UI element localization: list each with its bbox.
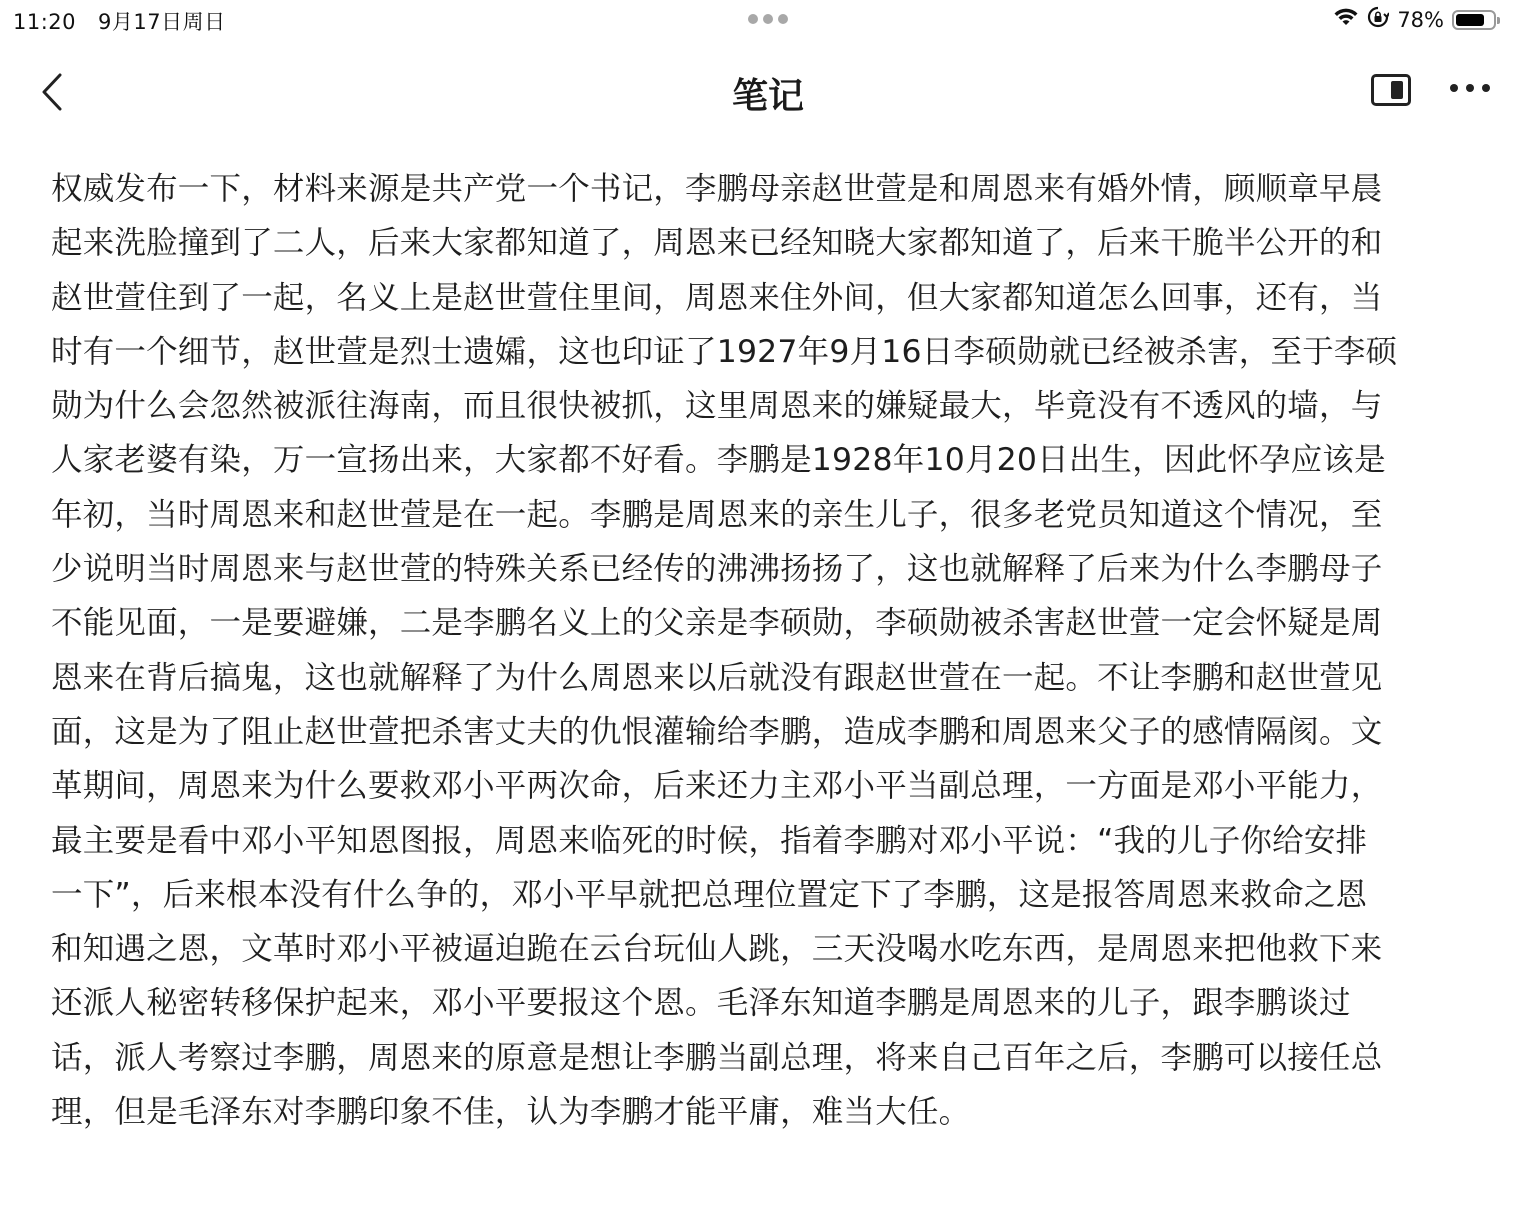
note-line: 不能见面，一是要避嫌，二是李鹏名义上的父亲是李硕勋，李硕勋被杀害赵世萱一定会怀疑… — [51, 596, 1491, 650]
dot-icon — [778, 14, 788, 24]
note-line: 最主要是看中邓小平知恩图报，周恩来临死的时候，指着李鹏对邓小平说：“我的儿子你给… — [51, 814, 1491, 868]
more-horizontal-icon — [1482, 84, 1490, 92]
battery-icon — [1452, 10, 1496, 30]
note-line: 理，但是毛泽东对李鹏印象不佳，认为李鹏才能平庸，难当大任。 — [51, 1085, 1491, 1139]
more-horizontal-icon — [1466, 84, 1474, 92]
battery-percent: 78% — [1397, 8, 1444, 32]
note-line: 面，这是为了阻止赵世萱把杀害丈夫的仇恨灌输给李鹏，造成李鹏和周恩来父子的感情隔阂… — [51, 705, 1491, 759]
note-line: 权威发布一下，材料来源是共产党一个书记，李鹏母亲赵世萱是和周恩来有婚外情，顾顺章… — [51, 162, 1491, 216]
multitasking-handle[interactable] — [748, 14, 788, 24]
note-line: 赵世萱住到了一起，名义上是赵世萱住里间，周恩来住外间，但大家都知道怎么回事，还有… — [51, 271, 1491, 325]
more-options-button[interactable] — [1450, 84, 1490, 92]
page-title: 笔记 — [0, 68, 1536, 119]
status-bar: 11:209月17日周日 78% — [0, 0, 1536, 40]
status-date: 9月17日周日 — [98, 10, 226, 34]
note-line: 人家老婆有染，万一宣扬出来，大家都不好看。李鹏是1928年10月20日出生，因此… — [51, 433, 1491, 487]
more-horizontal-icon — [1450, 84, 1458, 92]
dot-icon — [763, 14, 773, 24]
note-line: 时有一个细节，赵世萱是烈士遗孀，这也印证了1927年9月16日李硕勋就已经被杀害… — [51, 325, 1491, 379]
note-line: 话，派人考察过李鹏，周恩来的原意是想让李鹏当副总理，将来自己百年之后，李鹏可以接… — [51, 1031, 1491, 1085]
note-line: 恩来在背后搞鬼，这也就解释了为什么周恩来以后就没有跟赵世萱在一起。不让李鹏和赵世… — [51, 651, 1491, 705]
note-line: 勋为什么会忽然被派往海南，而且很快被抓，这里周恩来的嫌疑最大，毕竟没有不透风的墙… — [51, 379, 1491, 433]
orientation-lock-icon — [1367, 6, 1389, 33]
status-time-date: 11:209月17日周日 — [13, 6, 226, 36]
note-line: 起来洗脸撞到了二人，后来大家都知道了，周恩来已经知晓大家都知道了，后来干脆半公开… — [51, 216, 1491, 270]
note-line: 和知遇之恩，文革时邓小平被逼迫跪在云台玩仙人跳，三天没喝水吃东西，是周恩来把他救… — [51, 922, 1491, 976]
sidebar-toggle-icon — [1391, 81, 1403, 99]
dot-icon — [748, 14, 758, 24]
note-line: 革期间，周恩来为什么要救邓小平两次命，后来还力主邓小平当副总理，一方面是邓小平能… — [51, 759, 1491, 813]
note-line: 一下”，后来根本没有什么争的，邓小平早就把总理位置定下了李鹏，这是报答周恩来救命… — [51, 868, 1491, 922]
wifi-icon — [1333, 7, 1359, 32]
status-indicators: 78% — [1333, 6, 1496, 33]
note-line: 少说明当时周恩来与赵世萱的特殊关系已经传的沸沸扬扬了，这也就解释了后来为什么李鹏… — [51, 542, 1491, 596]
note-line: 还派人秘密转移保护起来，邓小平要报这个恩。毛泽东知道李鹏是周恩来的儿子，跟李鹏谈… — [51, 976, 1491, 1030]
sidebar-toggle-button[interactable] — [1371, 74, 1411, 106]
navigation-bar: 笔记 — [0, 50, 1536, 130]
status-time: 11:20 — [13, 10, 76, 34]
note-content[interactable]: 权威发布一下，材料来源是共产党一个书记，李鹏母亲赵世萱是和周恩来有婚外情，顾顺章… — [51, 162, 1491, 1139]
note-line: 年初，当时周恩来和赵世萱是在一起。李鹏是周恩来的亲生儿子，很多老党员知道这个情况… — [51, 488, 1491, 542]
